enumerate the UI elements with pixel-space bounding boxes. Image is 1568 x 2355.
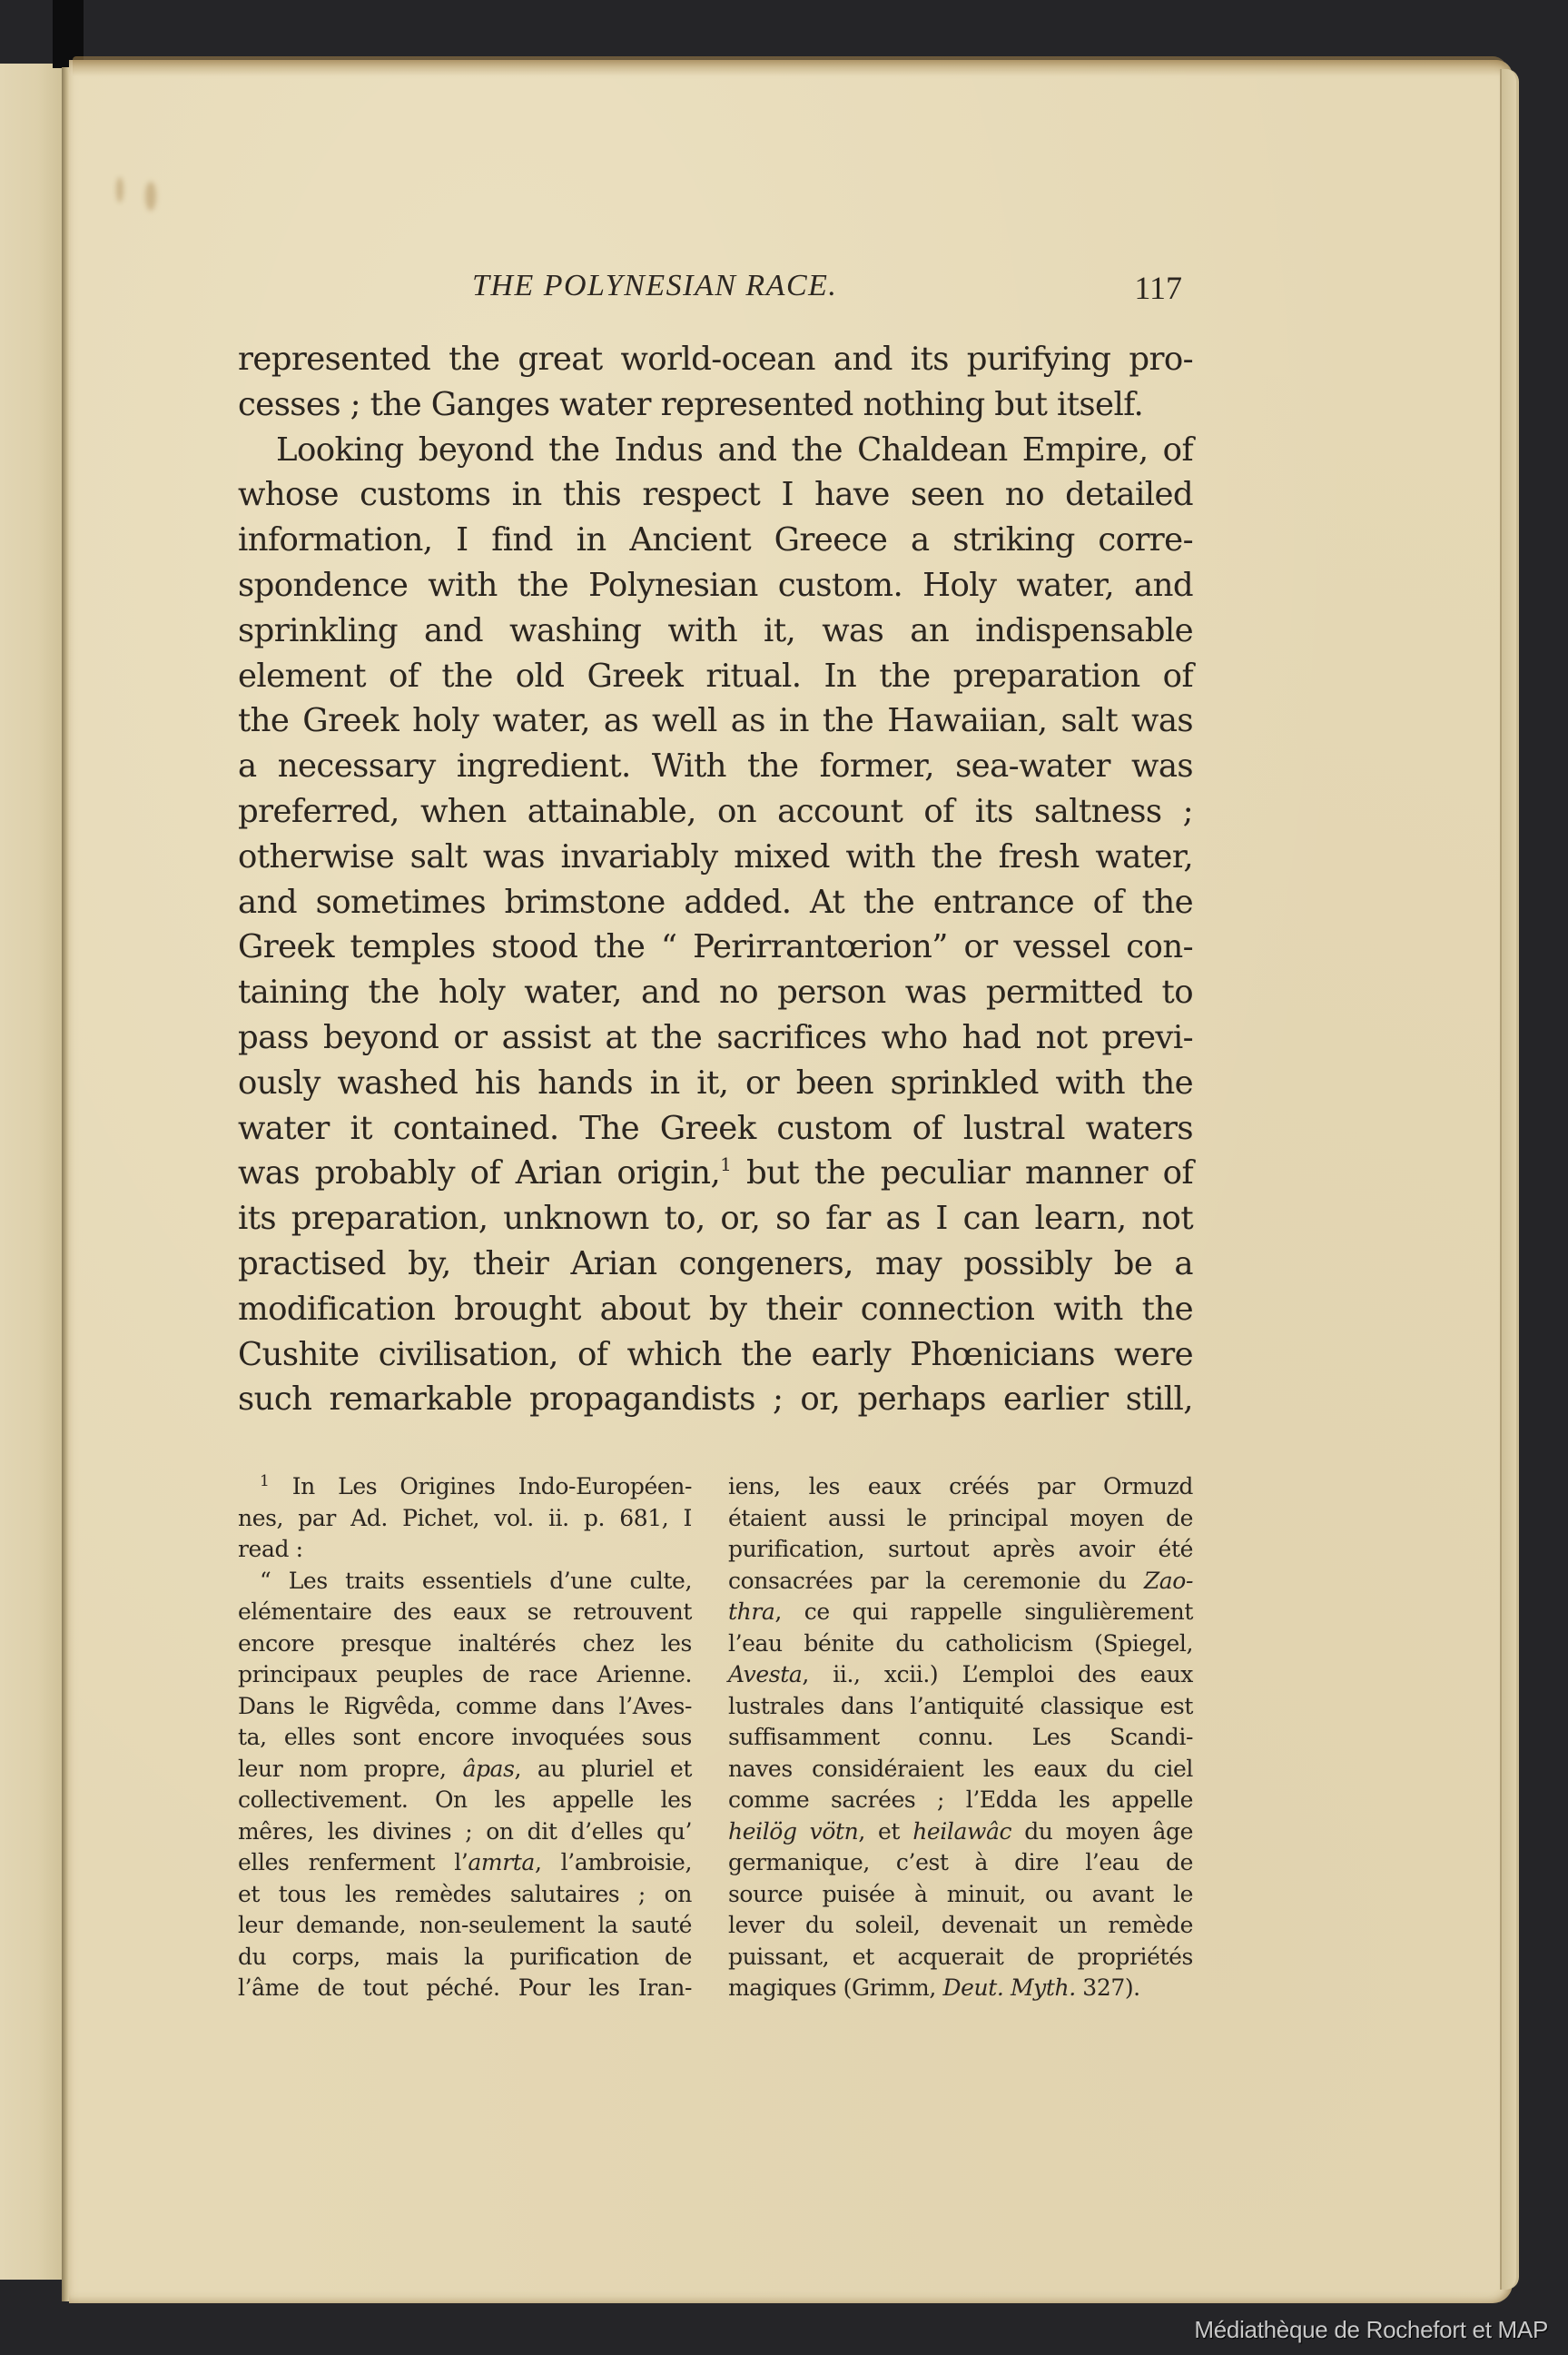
footnote-line: naves considéraient les eaux du ciel [728,1754,1193,1786]
footnote-line: magiques (Grimm, Deut. Myth. 327). [728,1973,1193,2004]
footnote-line: suffisamment connu. Les Scandi- [728,1722,1193,1754]
footnote-line: leur demande, non-seulement la sauté [238,1910,692,1942]
body-text: represented the great world-ocean and it… [238,337,1193,1422]
italic-term: heilög vötn [728,1818,858,1845]
text-fragment: du moyen âge [1011,1818,1193,1845]
text-fragment: 327). [1076,1974,1140,2001]
text-fragment: magiques (Grimm, [728,1974,942,2001]
foxing-stain [145,182,156,211]
footnote-line: 1 In Les Origines Indo-Européen- [238,1471,692,1503]
footnote-line: l’âme de tout péché. Pour les Iran- [238,1973,692,2004]
text-line: water it contained. The Greek custom of … [238,1106,1193,1152]
italic-term: thra [728,1598,774,1625]
running-head: THE POLYNESIAN RACE. 117 [238,269,1191,309]
gutter [62,67,69,2301]
footnote-line: “ Les traits essentiels d’une culte, [238,1566,692,1598]
text-fragment: was probably of Arian origin, [238,1154,720,1192]
footnote-column-right: iens, les eaux créés par Ormuzd étaient … [728,1471,1193,2004]
footnote-line: Dans le Rigvêda, comme dans l’Aves- [238,1691,692,1723]
footnote-line: source puisée à minuit, ou avant le [728,1879,1193,1911]
text-fragment: , l’ambroisie, [535,1849,692,1875]
running-title: THE POLYNESIAN RACE. [472,269,837,303]
italic-term: Avesta [728,1661,802,1687]
text-line: spondence with the Polynesian custom. Ho… [238,563,1193,609]
footnote-line: ta, elles sont encore invoquées sous [238,1722,692,1754]
facing-page-edge [0,64,64,2280]
footnote-line: purification, surtout après avoir été [728,1534,1193,1566]
text-line: sprinkling and washing with it, was an i… [238,609,1193,654]
page-fore-edge [1500,69,1519,2290]
footnote-line: elémentaire des eaux se retrouvent [238,1597,692,1628]
footnote-line: encore presque inaltérés chez les [238,1628,692,1660]
text-line: preferred, when attainable, on account o… [238,789,1193,835]
footnote-line: germanique, c’est à dire l’eau de [728,1847,1193,1879]
text-fragment: consacrées par la ceremonie du [728,1568,1144,1594]
text-line: pass beyond or assist at the sacrifices … [238,1015,1193,1061]
footnote-line: lever du soleil, devenait un remède [728,1910,1193,1942]
text-line: represented the great world-ocean and it… [238,337,1193,382]
library-watermark: Médiathèque de Rochefort et MAP [1194,2316,1548,2344]
text-fragment: elles renferment l’ [238,1849,468,1875]
footnote-line: nes, par Ad. Pichet, vol. ii. p. 681, I [238,1503,692,1535]
footnote-line: iens, les eaux créés par Ormuzd [728,1471,1193,1503]
text-line: ously washed his hands in it, or been sp… [238,1061,1193,1106]
text-line: the Greek holy water, as well as in the … [238,698,1193,744]
footnote-line: collectivement. On les appelle les [238,1785,692,1816]
text-line: Cushite civilisation, of which the early… [238,1332,1193,1378]
page-top-edge [73,56,1507,76]
text-line: modification brought about by their conn… [238,1287,1193,1332]
text-fragment: but the peculiar manner of [731,1154,1193,1192]
text-line: such remarkable propagandists ; or, perh… [238,1377,1193,1422]
text-line: Greek temples stood the “ Perirrantœrion… [238,925,1193,970]
italic-term: Deut. Myth. [942,1974,1075,2001]
text-line: element of the old Greek ritual. In the … [238,654,1193,699]
footnote-line: principaux peuples de race Arienne. [238,1659,692,1691]
text-fragment: In Les Origines Indo-Européen- [292,1473,692,1499]
footnote-line: leur nom propre, âpas, au pluriel et [238,1754,692,1786]
footnote-line: elles renferment l’amrta, l’ambroisie, [238,1847,692,1879]
footnote-line: puissant, et acquerait de propriétés [728,1942,1193,1974]
text-line: cesses ; the Ganges water represented no… [238,382,1193,428]
footnote-line: étaient aussi le principal moyen de [728,1503,1193,1535]
text-line: whose customs in this respect I have see… [238,472,1193,518]
footnote-marker: 1 [260,1472,269,1490]
text-line: taining the holy water, and no person wa… [238,970,1193,1015]
footnote-line: heilög vötn, et heilawâc du moyen âge [728,1816,1193,1848]
italic-term: heilawâc [912,1818,1011,1845]
footnote-column-left: 1 In Les Origines Indo-Européen- nes, pa… [238,1471,692,2004]
footnote-line: thra, ce qui rappelle singulièrement [728,1597,1193,1628]
text-fragment: , ii., xcii.) L’emploi des eaux [802,1661,1193,1687]
text-line: its preparation, unknown to, or, so far … [238,1196,1193,1242]
text-line: practised by, their Arian congeners, may… [238,1242,1193,1287]
page-number: 117 [1134,269,1182,307]
text-line: was probably of Arian origin,1 but the p… [238,1151,1193,1196]
footnote-line: comme sacrées ; l’Edda les appelle [728,1785,1193,1816]
footnote-line: et tous les remèdes salutaires ; on [238,1879,692,1911]
footnote-line: read : [238,1534,692,1566]
footnote-reference[interactable]: 1 [720,1153,731,1175]
footnote-line: du corps, mais la purification de [238,1942,692,1974]
footnote-line: consacrées par la ceremonie du Zao- [728,1566,1193,1598]
text-line: Looking beyond the Indus and the Chaldea… [238,428,1193,473]
footnote-line: lustrales dans l’antiquité classique est [728,1691,1193,1723]
text-fragment: , ce qui rappelle singulièrement [774,1598,1193,1625]
text-fragment: leur nom propre, [238,1756,462,1782]
text-line: information, I find in Ancient Greece a … [238,518,1193,563]
footnote-line: mêres, les divines ; on dit d’elles qu’ [238,1816,692,1848]
text-line: and sometimes brimstone added. At the en… [238,880,1193,925]
text-fragment: , au pluriel et [515,1756,692,1782]
text-line: a necessary ingredient. With the former,… [238,744,1193,789]
italic-term: âpas [462,1756,514,1782]
italic-term: amrta [468,1849,535,1875]
footnote-line: l’eau bénite du catholicism (Spiegel, [728,1628,1193,1660]
italic-term: Zao- [1144,1568,1193,1594]
text-fragment: , et [858,1818,912,1845]
text-line: otherwise salt was invariably mixed with… [238,835,1193,880]
footnote-line: Avesta, ii., xcii.) L’emploi des eaux [728,1659,1193,1691]
foxing-stain [116,177,123,203]
